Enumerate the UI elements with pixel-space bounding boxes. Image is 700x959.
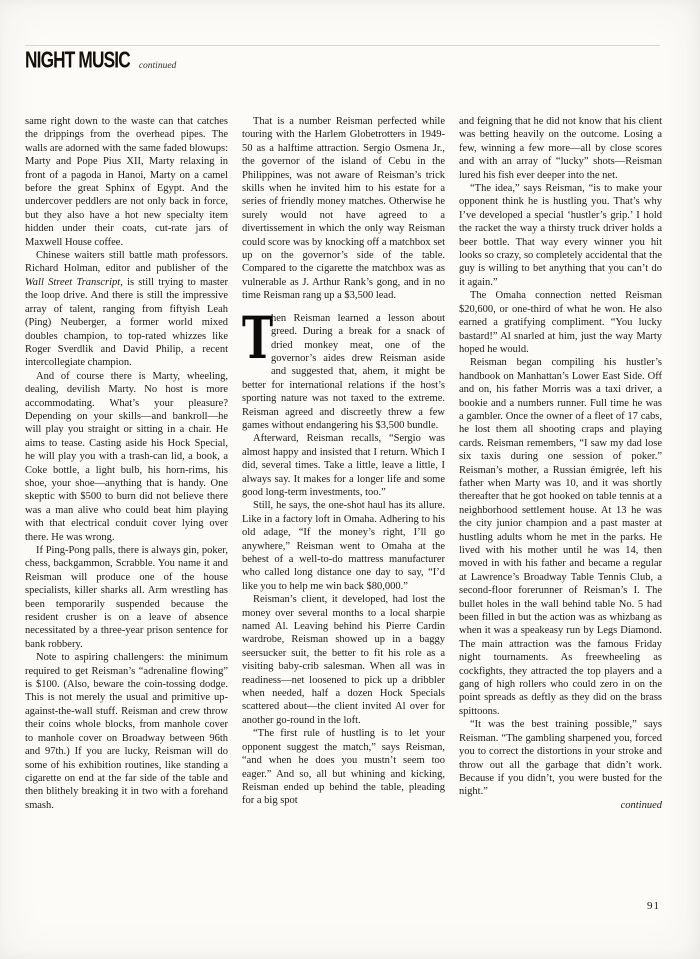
text-run: If Ping-Pong palls, there is always gin,… (25, 545, 228, 650)
paragraph: The Omaha connection netted Reisman $20,… (459, 289, 662, 356)
text-run: Still, he says, the one-shot haul has it… (242, 500, 445, 591)
continued-footer: continued (459, 799, 662, 812)
paragraph: “The first rule of hustling is to let yo… (242, 727, 445, 807)
paragraph: “It was the best training possible,” say… (459, 718, 662, 798)
header-rule (25, 45, 660, 46)
paragraph: Reisman began compiling his hustler’s ha… (459, 356, 662, 718)
text-run: The Omaha connection netted Reisman $20,… (459, 290, 662, 355)
text-run: same right down to the waste can that ca… (25, 116, 228, 248)
drop-cap: T (242, 314, 258, 366)
text-run: Reisman’s client, it developed, had lost… (242, 594, 445, 726)
text-run: “It was the best training possible,” say… (459, 719, 662, 797)
text-run: Wall Street Transcript (25, 277, 120, 288)
text-run: “The idea,” says Reisman, “is to make yo… (459, 183, 662, 288)
paragraph: Reisman’s client, it developed, had lost… (242, 593, 445, 727)
article-header: NIGHT MUSICcontinued (25, 50, 176, 74)
paragraph: Still, he says, the one-shot haul has it… (242, 499, 445, 593)
paragraph: Then Reisman learned a lesson about gree… (242, 312, 445, 433)
paragraph: “The idea,” says Reisman, “is to make yo… (459, 182, 662, 289)
paragraph: That is a number Reisman perfected while… (242, 115, 445, 303)
text-run: “The first rule of hustling is to let yo… (242, 728, 445, 806)
text-column-3: and feigning that he did not know that h… (459, 115, 662, 920)
paragraph: And of course there is Marty, wheeling, … (25, 370, 228, 544)
article-title: NIGHT MUSIC (25, 48, 130, 74)
paragraph: and feigning that he did not know that h… (459, 115, 662, 182)
paragraph: Chinese waiters still battle math profes… (25, 249, 228, 370)
text-run: and feigning that he did not know that h… (459, 116, 662, 181)
text-run: Afterward, Reisman recalls, “Sergio was … (242, 433, 445, 498)
continued-label: continued (139, 61, 176, 71)
text-run: continued (621, 800, 662, 811)
text-run: That is a number Reisman perfected while… (242, 116, 445, 301)
paragraph: same right down to the waste can that ca… (25, 115, 228, 249)
paragraph: Afterward, Reisman recalls, “Sergio was … (242, 432, 445, 499)
text-run: Chinese waiters still battle math profes… (25, 250, 228, 274)
text-run: And of course there is Marty, wheeling, … (25, 371, 228, 543)
text-column-1: same right down to the waste can that ca… (25, 115, 228, 920)
paragraph: Note to aspiring challengers: the minimu… (25, 651, 228, 812)
text-column-2: That is a number Reisman perfected while… (242, 115, 445, 920)
paragraph: If Ping-Pong palls, there is always gin,… (25, 544, 228, 651)
page-number: 91 (647, 900, 660, 912)
magazine-page: NIGHT MUSICcontinued same right down to … (0, 0, 700, 959)
text-run: , is still trying to master the loop dri… (25, 277, 228, 368)
text-run: Note to aspiring challengers: the minimu… (25, 652, 228, 810)
text-run: Reisman began compiling his hustler’s ha… (459, 357, 662, 717)
article-body: same right down to the waste can that ca… (25, 115, 662, 920)
